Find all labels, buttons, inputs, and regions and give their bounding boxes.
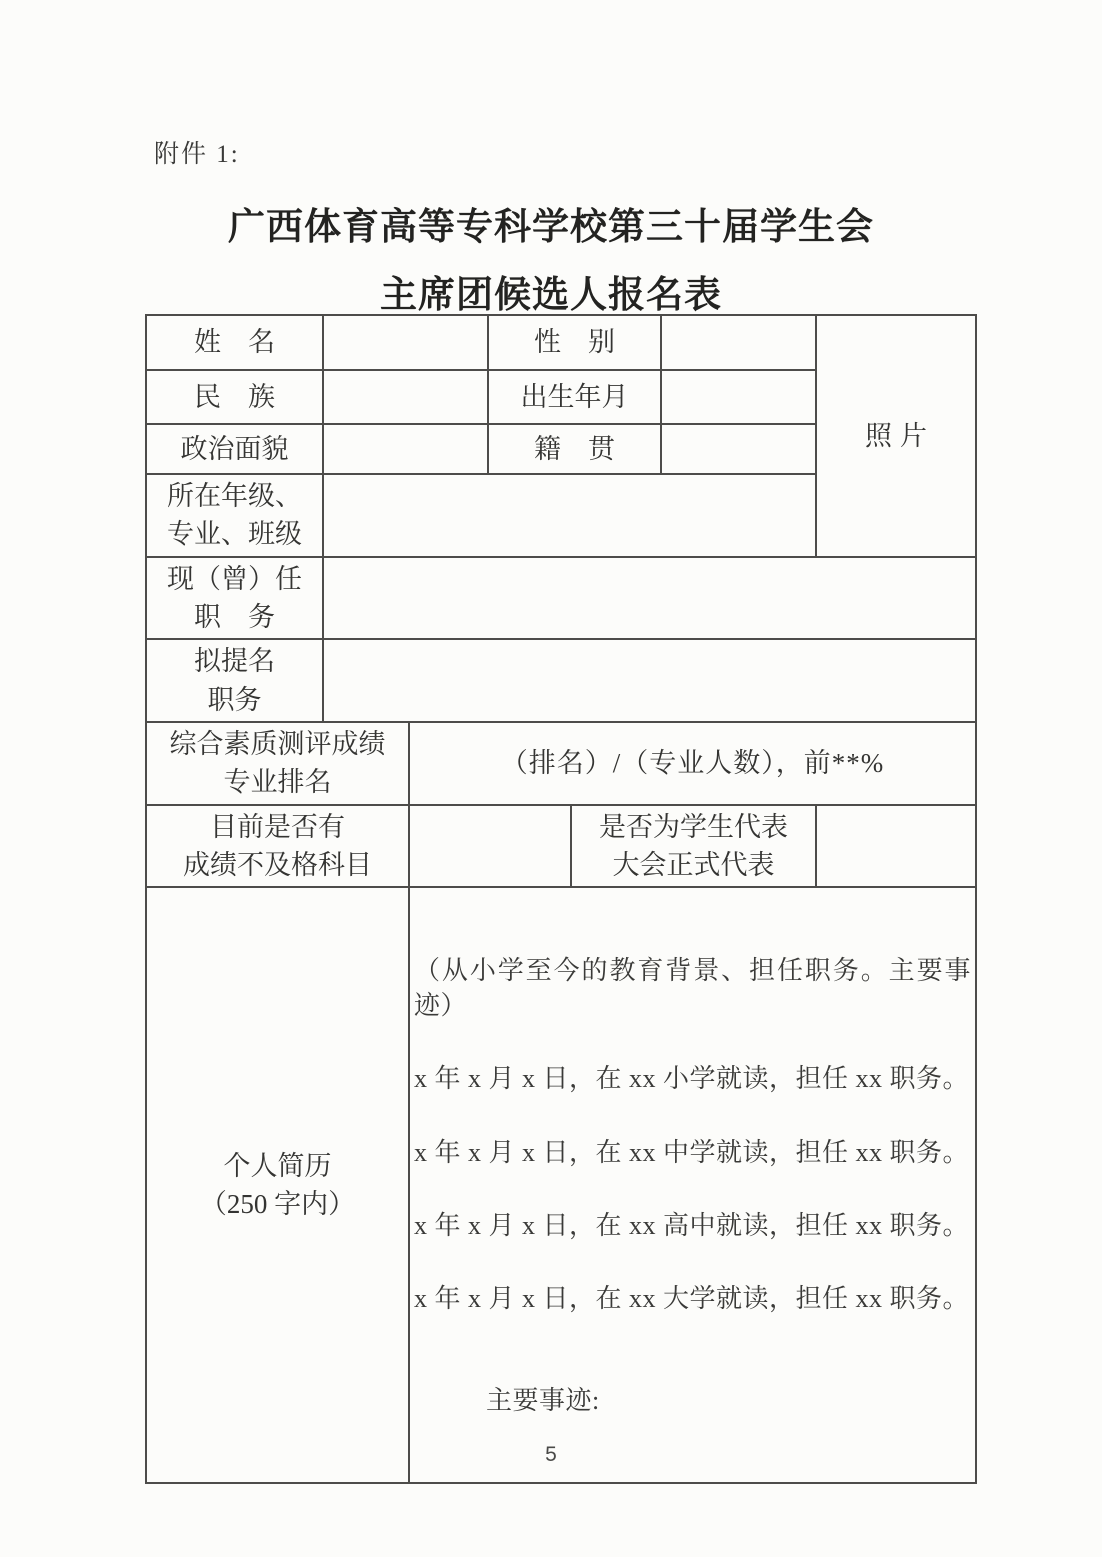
- main-deeds-label: 主要事迹:: [414, 1383, 971, 1418]
- native-place-value-cell: [661, 424, 816, 474]
- document-page: 附件 1: 广西体育高等专科学校第三十届学生会 主席团候选人报名表 姓 名 性 …: [0, 0, 1102, 1557]
- resume-line-middle-school: x 年 x 月 x 日，在 xx 中学就读，担任 xx 职务。: [414, 1135, 971, 1170]
- grade-major-class-label-cell: 所在年级、 专业、班级: [146, 474, 323, 557]
- birth-date-value-cell: [661, 370, 816, 424]
- political-status-value-cell: [323, 424, 488, 474]
- form-title-line2: 主席团候选人报名表: [0, 264, 1102, 318]
- table-row: 个人简历 （250 字内） （从小学至今的教育背景、担任职务。主要事迹） x 年…: [146, 887, 976, 1483]
- resume-intro: （从小学至今的教育背景、担任职务。主要事迹）: [414, 953, 971, 1023]
- failed-courses-value-cell: [409, 805, 571, 888]
- form-title-line1: 广西体育高等专科学校第三十届学生会: [0, 196, 1102, 250]
- table-row: 姓 名 性 别 照片: [146, 315, 976, 370]
- failed-courses-label-cell: 目前是否有 成绩不及格科目: [146, 805, 409, 888]
- birth-date-label-cell: 出生年月: [488, 370, 661, 424]
- resume-line-high-school: x 年 x 月 x 日，在 xx 高中就读，担任 xx 职务。: [414, 1208, 971, 1243]
- table-row: 现（曾）任 职 务: [146, 557, 976, 640]
- grade-major-class-value-cell: [323, 474, 816, 557]
- current-position-value-cell: [323, 557, 976, 640]
- resume-line-university: x 年 x 月 x 日，在 xx 大学就读，担任 xx 职务。: [414, 1281, 971, 1316]
- student-congress-value-cell: [816, 805, 976, 888]
- political-status-label-cell: 政治面貌: [146, 424, 323, 474]
- comprehensive-score-label-cell: 综合素质测评成绩 专业排名: [146, 722, 409, 805]
- current-position-label-cell: 现（曾）任 职 务: [146, 557, 323, 640]
- resume-label-cell: 个人简历 （250 字内）: [146, 887, 409, 1483]
- photo-cell: 照片: [816, 315, 976, 557]
- ethnicity-value-cell: [323, 370, 488, 424]
- proposed-position-value-cell: [323, 639, 976, 722]
- gender-label-cell: 性 别: [488, 315, 661, 370]
- table-row: 目前是否有 成绩不及格科目 是否为学生代表 大会正式代表: [146, 805, 976, 888]
- table-row: 拟提名 职务: [146, 639, 976, 722]
- ethnicity-label-cell: 民 族: [146, 370, 323, 424]
- resume-line-primary-school: x 年 x 月 x 日，在 xx 小学就读，担任 xx 职务。: [414, 1061, 971, 1096]
- page-number: 5: [0, 1443, 1102, 1467]
- resume-content-cell: （从小学至今的教育背景、担任职务。主要事迹） x 年 x 月 x 日，在 xx …: [409, 887, 976, 1483]
- proposed-position-label-cell: 拟提名 职务: [146, 639, 323, 722]
- registration-form-table: 姓 名 性 别 照片 民 族 出生年月 政治面貌 籍 贯 所在年级、 专业、班级: [145, 314, 977, 1484]
- name-label-cell: 姓 名: [146, 315, 323, 370]
- comprehensive-score-value-cell: （排名）/（专业人数），前**%: [409, 722, 976, 805]
- attachment-label: 附件 1:: [154, 134, 240, 170]
- table-row: 综合素质测评成绩 专业排名 （排名）/（专业人数），前**%: [146, 722, 976, 805]
- student-congress-label-cell: 是否为学生代表 大会正式代表: [571, 805, 816, 888]
- native-place-label-cell: 籍 贯: [488, 424, 661, 474]
- gender-value-cell: [661, 315, 816, 370]
- name-value-cell: [323, 315, 488, 370]
